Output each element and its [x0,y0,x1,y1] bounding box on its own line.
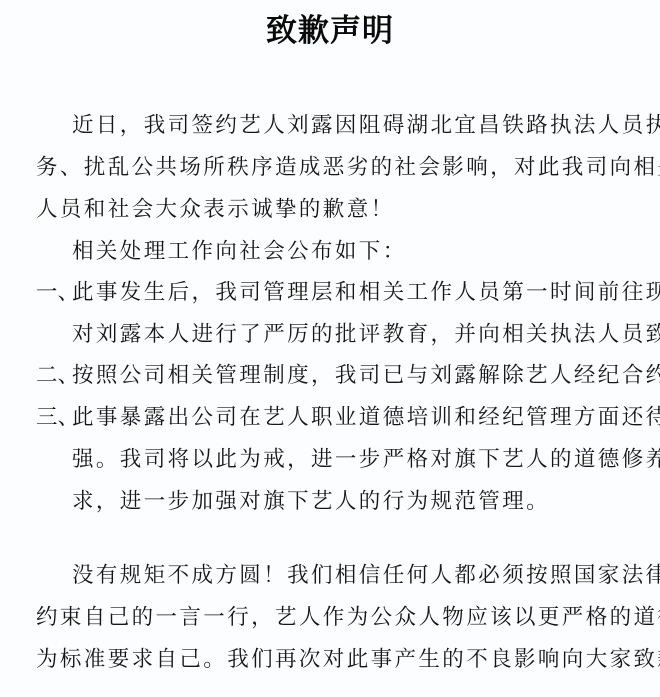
list-item-text: 此事发生后，我司管理层和相关工作人员第一时间前往现场， [72,280,660,305]
list-item-line: 一、此事发生后，我司管理层和相关工作人员第一时间前往现场， [36,279,660,307]
list-marker: 二、 [36,362,72,390]
document-title: 致歉声明 [0,12,660,50]
list-intro: 相关处理工作向社会公布如下： [72,238,407,266]
paragraph-line: 人员和社会大众表示诚挚的歉意！ [36,196,395,224]
paragraph-line: 没有规矩不成方圆！我们相信任何人都必须按照国家法律法规 [72,562,660,590]
list-item-line: 求，进一步加强对旗下艺人的行为规范管理。 [72,488,550,516]
paragraph-line: 约束自己的一言一行，艺人作为公众人物应该以更严格的道德和行 [36,604,660,632]
paragraph-line: 务、扰乱公共场所秩序造成恶劣的社会影响，对此我司向相关执法 [36,154,660,182]
list-item-text: 此事暴露出公司在艺人职业道德培训和经纪管理方面还待加 [72,405,660,430]
list-marker: 一、 [36,279,72,307]
list-marker: 三、 [36,404,72,432]
list-item-text: 按照公司相关管理制度，我司已与刘露解除艺人经纪合约； [72,363,660,388]
list-item-line: 二、按照公司相关管理制度，我司已与刘露解除艺人经纪合约； [36,362,660,390]
paragraph-line: 为标准要求自己。我们再次对此事产生的不良影响向大家致歉！ [36,646,660,674]
list-item-line: 强。我司将以此为戒，进一步严格对旗下艺人的道德修养要 [72,446,660,474]
list-item-line: 三、此事暴露出公司在艺人职业道德培训和经纪管理方面还待加 [36,404,660,432]
paragraph-line: 近日，我司签约艺人刘露因阻碍湖北宜昌铁路执法人员执行公 [72,112,660,140]
list-item-line: 对刘露本人进行了严厉的批评教育，并向相关执法人员致歉； [72,321,660,349]
